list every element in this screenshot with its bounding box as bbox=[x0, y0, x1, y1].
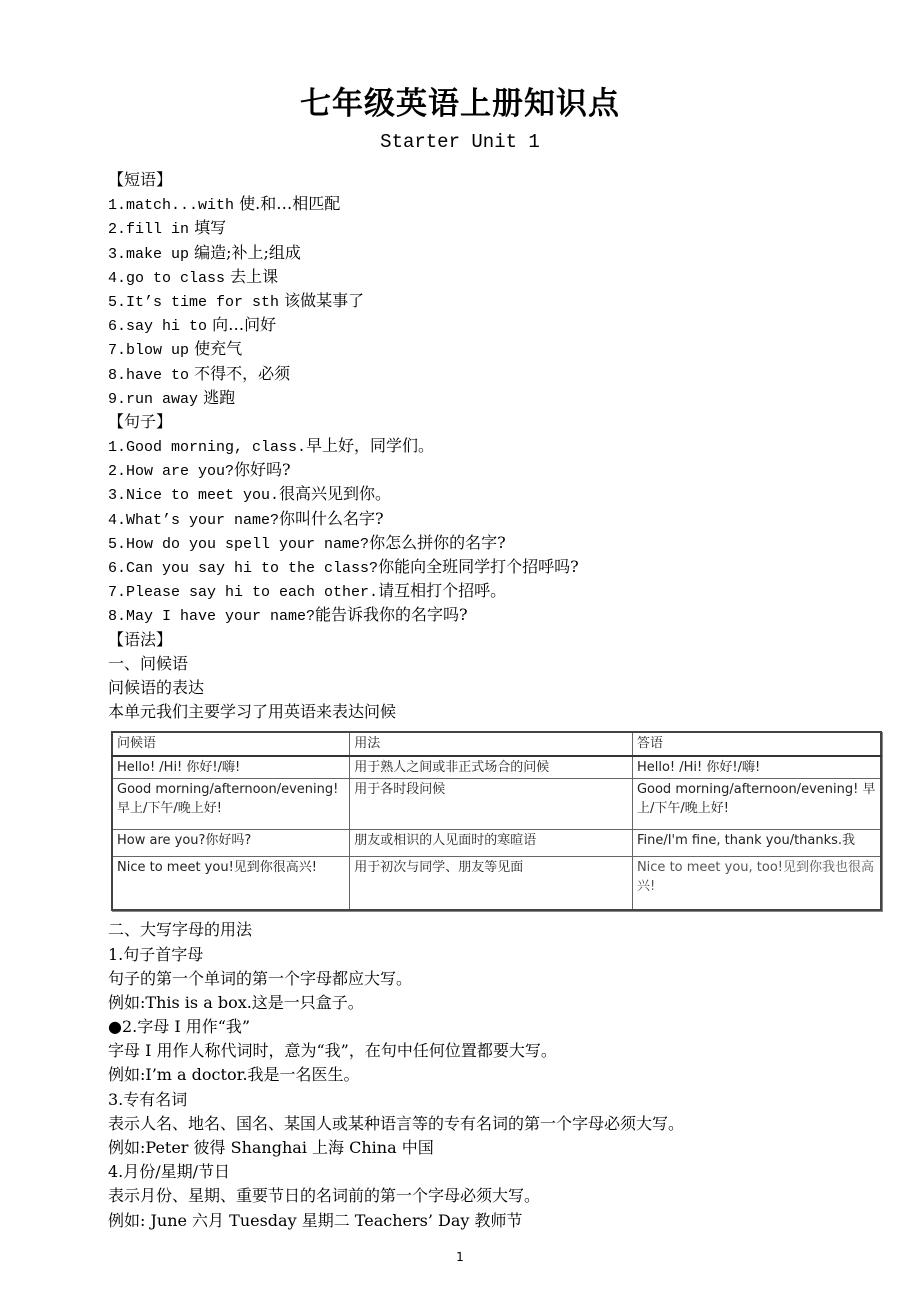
table-header-row: 问候语 用法 答语 bbox=[112, 732, 881, 756]
sentences-heading: 【句子】 bbox=[108, 410, 888, 434]
phrases-heading: 【短语】 bbox=[108, 168, 888, 192]
document-body: 【短语】 1.match...with 使.和…相匹配 2.fill in 填写… bbox=[108, 168, 888, 1233]
point-desc: 句子的第一个单词的第一个字母都应大写。 bbox=[108, 967, 888, 991]
phrase-item: 5.It’s time for sth 该做某事了 bbox=[108, 289, 888, 313]
point-example: 例如:Peter 彼得 Shanghai 上海 China 中国 bbox=[108, 1136, 888, 1160]
phrase-item: 6.say hi to 向…问好 bbox=[108, 313, 888, 337]
point-example: 例如:This is a box.这是一只盒子。 bbox=[108, 991, 888, 1015]
point-title: 4.月份/星期/节日 bbox=[108, 1160, 888, 1184]
point-desc: 表示人名、地名、国名、某国人或某种语言等的专有名词的第一个字母必须大写。 bbox=[108, 1112, 888, 1136]
table-cell: 用于初次与同学、朋友等见面 bbox=[350, 857, 633, 911]
point-title: ●2.字母 I 用作“我” bbox=[108, 1015, 888, 1039]
table-row: Hello! /Hi! 你好!/嗨! 用于熟人之间或非正式场合的问候 Hello… bbox=[112, 756, 881, 779]
sentence-item: 4.What’s your name?你叫什么名字? bbox=[108, 507, 888, 531]
point-desc: 字母 I 用作人称代词时，意为“我”，在句中任何位置都要大写。 bbox=[108, 1039, 888, 1063]
point-desc: 表示月份、星期、重要节日的名词前的第一个字母必须大写。 bbox=[108, 1184, 888, 1208]
phrase-item: 4.go to class 去上课 bbox=[108, 265, 888, 289]
sentence-item: 5.How do you spell your name?你怎么拼你的名字? bbox=[108, 531, 888, 555]
table-cell: Hello! /Hi! 你好!/嗨! bbox=[112, 756, 350, 779]
table-cell: Good morning/afternoon/evening! 早上/下午/晚上… bbox=[632, 779, 881, 830]
phrase-item: 9.run away 逃跑 bbox=[108, 386, 888, 410]
table-cell: 用于熟人之间或非正式场合的问候 bbox=[350, 756, 633, 779]
table-cell: Nice to meet you!见到你很高兴! bbox=[112, 857, 350, 911]
sentence-item: 8.May I have your name?能告诉我你的名字吗? bbox=[108, 603, 888, 627]
sentence-item: 1.Good morning, class.早上好，同学们。 bbox=[108, 434, 888, 458]
page-number: 1 bbox=[0, 1250, 920, 1264]
table-row: How are you?你好吗? 朋友或相识的人见面时的寒暄语 Fine/I'm… bbox=[112, 830, 881, 857]
phrase-item: 2.fill in 填写 bbox=[108, 216, 888, 240]
phrase-item: 7.blow up 使充气 bbox=[108, 337, 888, 361]
table-row: Nice to meet you!见到你很高兴! 用于初次与同学、朋友等见面 N… bbox=[112, 857, 881, 911]
table-header: 问候语 bbox=[112, 732, 350, 756]
grammar-heading: 【语法】 bbox=[108, 628, 888, 652]
point-example: 例如:I’m a doctor.我是一名医生。 bbox=[108, 1063, 888, 1087]
sentence-item: 7.Please say hi to each other.请互相打个招呼。 bbox=[108, 579, 888, 603]
point-example: 例如: June 六月 Tuesday 星期二 Teachers’ Day 教师… bbox=[108, 1209, 888, 1233]
document-page: 七年级英语上册知识点 Starter Unit 1 【短语】 1.match..… bbox=[0, 0, 920, 1302]
phrase-item: 8.have to 不得不，必须 bbox=[108, 362, 888, 386]
table-header: 答语 bbox=[632, 732, 881, 756]
grammar-section1-subtitle: 问候语的表达 bbox=[108, 676, 888, 700]
table-cell: Fine/I'm fine, thank you/thanks.我 bbox=[632, 830, 881, 857]
phrase-item: 3.make up 编造;补上;组成 bbox=[108, 241, 888, 265]
table-cell: Hello! /Hi! 你好!/嗨! bbox=[632, 756, 881, 779]
table-cell: 用于各时段问候 bbox=[350, 779, 633, 830]
grammar-section2-title: 二、大写字母的用法 bbox=[108, 918, 888, 942]
table-cell: Nice to meet you, too!见到你我也很高兴! bbox=[632, 857, 881, 911]
greeting-table: 问候语 用法 答语 Hello! /Hi! 你好!/嗨! 用于熟人之间或非正式场… bbox=[111, 731, 882, 911]
grammar-section1-intro: 本单元我们主要学习了用英语来表达问候 bbox=[108, 700, 888, 724]
document-title: 七年级英语上册知识点 bbox=[0, 78, 920, 123]
sentence-item: 3.Nice to meet you.很高兴见到你。 bbox=[108, 482, 888, 506]
point-title: 3.专有名词 bbox=[108, 1088, 888, 1112]
sentence-item: 2.How are you?你好吗? bbox=[108, 458, 888, 482]
table-cell: Good morning/afternoon/evening! 早上/下午/晚上… bbox=[112, 779, 350, 830]
table-header: 用法 bbox=[350, 732, 633, 756]
table-cell: 朋友或相识的人见面时的寒暄语 bbox=[350, 830, 633, 857]
phrase-item: 1.match...with 使.和…相匹配 bbox=[108, 192, 888, 216]
sentence-item: 6.Can you say hi to the class?你能向全班同学打个招… bbox=[108, 555, 888, 579]
document-subtitle: Starter Unit 1 bbox=[0, 131, 920, 153]
table-cell: How are you?你好吗? bbox=[112, 830, 350, 857]
point-title: 1.句子首字母 bbox=[108, 943, 888, 967]
grammar-section1-title: 一、问候语 bbox=[108, 652, 888, 676]
table-row: Good morning/afternoon/evening! 早上/下午/晚上… bbox=[112, 779, 881, 830]
